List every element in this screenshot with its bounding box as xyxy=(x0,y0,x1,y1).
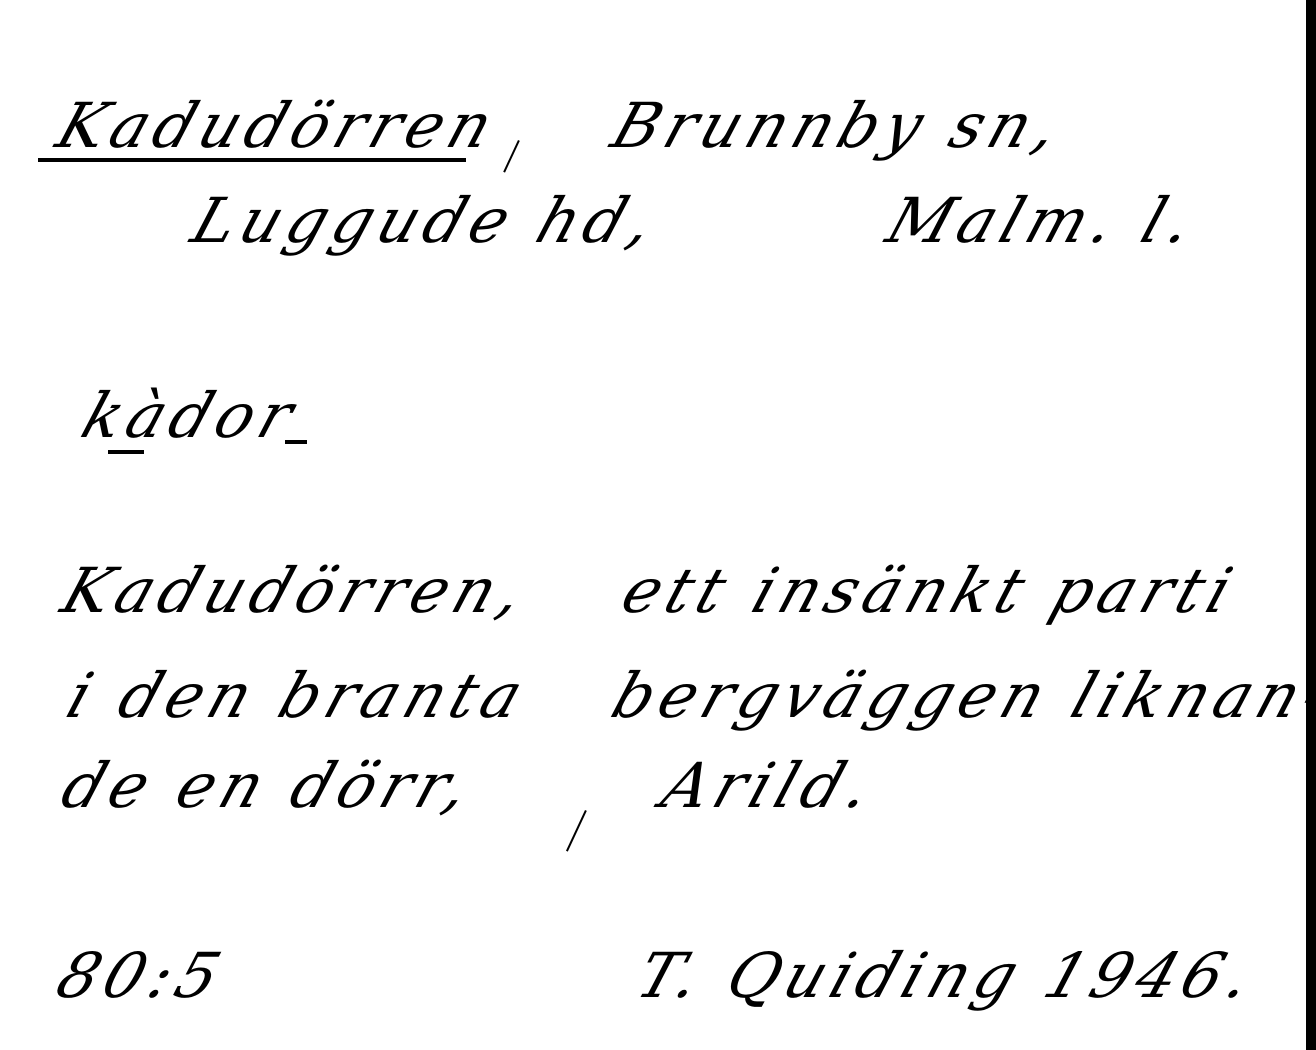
stress-mark-a xyxy=(108,450,144,454)
comma-mark-2 xyxy=(566,810,587,852)
county-text: Malm. l. xyxy=(880,190,1206,252)
place-name-underline xyxy=(38,158,466,162)
archive-card: Kadudörren Brunnby sn, Luggude hd, Malm.… xyxy=(0,0,1316,1050)
description-line3-b: Arild. xyxy=(655,755,885,817)
description-line1-text: ett insänkt parti xyxy=(615,560,1245,622)
card-edge-border xyxy=(1306,0,1316,1050)
stress-mark-r xyxy=(285,440,307,444)
description-line2-a: i den branta xyxy=(60,665,536,727)
reference-number: 80:5 xyxy=(50,945,233,1007)
district-text: Luggude hd, xyxy=(185,190,667,252)
place-name-heading: Kadudörren xyxy=(50,95,506,157)
description-line2-b: bergväggen liknan- xyxy=(605,665,1316,727)
comma-mark xyxy=(503,140,520,173)
description-line1-name: Kadudörren, xyxy=(55,560,537,622)
phonetic-form: kàdor xyxy=(75,385,306,447)
parish-text: Brunnby sn, xyxy=(605,95,1072,157)
description-line3-a: de en dörr, xyxy=(55,755,483,817)
collector-signature: T. Quiding 1946. xyxy=(630,945,1265,1007)
